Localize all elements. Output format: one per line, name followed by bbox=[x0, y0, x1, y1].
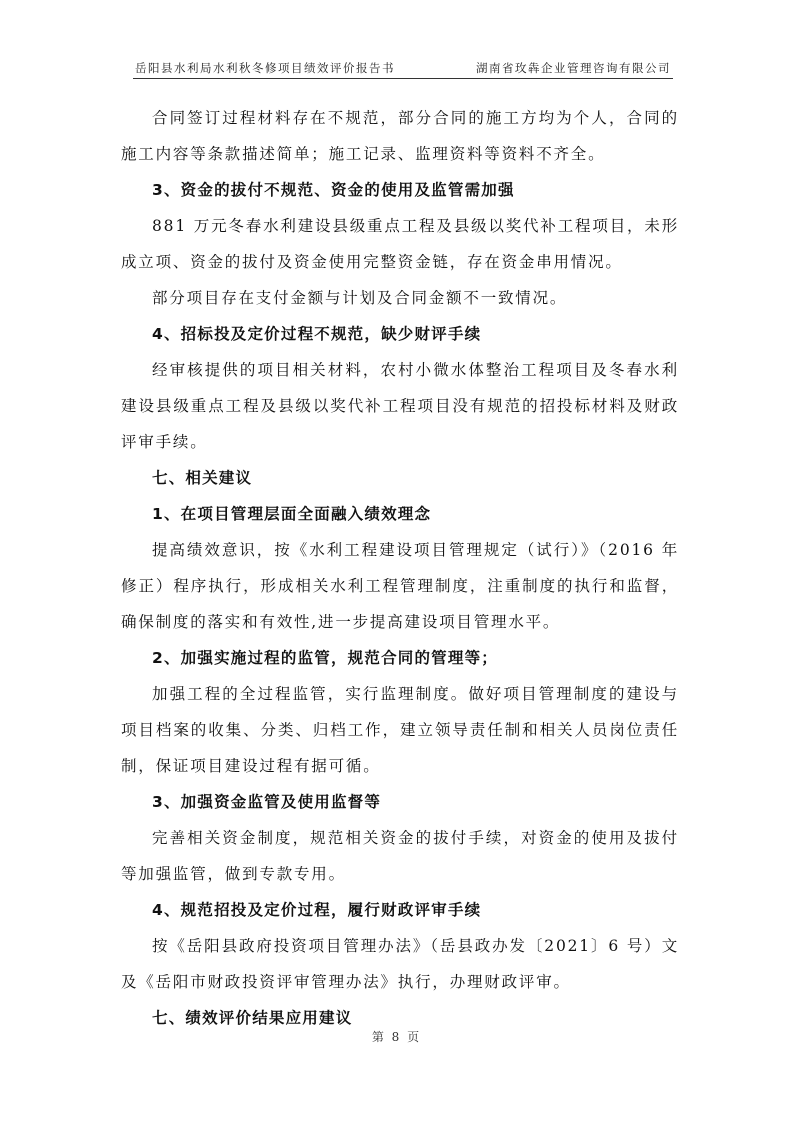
heading-bidding-review: 4、规范招投及定价过程，履行财政评审手续 bbox=[121, 892, 679, 928]
heading-performance-concept: 1、在项目管理层面全面融入绩效理念 bbox=[121, 496, 679, 532]
heading-fund-disbursement: 3、资金的拔付不规范、资金的使用及监管需加强 bbox=[121, 172, 679, 208]
section-heading-suggestions: 七、相关建议 bbox=[121, 460, 679, 496]
paragraph-payment-mismatch: 部分项目存在支付金额与计划及合同金额不一致情况。 bbox=[121, 280, 679, 316]
report-title: 岳阳县水利局水利秋冬修项目绩效评价报告书 bbox=[135, 60, 395, 76]
paragraph-review-regulations: 按《岳阳县政府投资项目管理办法》（岳县政办发〔2021〕6 号）文及《岳阳市财政… bbox=[121, 928, 679, 1000]
company-name: 湖南省玫犇企业管理咨询有限公司 bbox=[476, 60, 671, 76]
heading-supervision-contracts: 2、加强实施过程的监管，规范合同的管理等； bbox=[121, 640, 679, 676]
paragraph-process-supervision: 加强工程的全过程监管，实行监理制度。做好项目管理制度的建设与项目档案的收集、分类… bbox=[121, 676, 679, 784]
page-number: 第 8 页 bbox=[0, 1028, 793, 1045]
document-body: 合同签订过程材料存在不规范，部分合同的施工方均为个人，合同的施工内容等条款描述简… bbox=[121, 100, 679, 1036]
paragraph-bidding-materials: 经审核提供的项目相关材料，农村小微水体整治工程项目及冬春水利建设县级重点工程及县… bbox=[121, 352, 679, 460]
page-header: 岳阳县水利局水利秋冬修项目绩效评价报告书 湖南省玫犇企业管理咨询有限公司 bbox=[133, 60, 673, 79]
paragraph-contract-issues: 合同签订过程材料存在不规范，部分合同的施工方均为个人，合同的施工内容等条款描述简… bbox=[121, 100, 679, 172]
heading-bidding-irregular: 4、招标投及定价过程不规范，缺少财评手续 bbox=[121, 316, 679, 352]
paragraph-881-fund: 881 万元冬春水利建设县级重点工程及县级以奖代补工程项目，未形成立项、资金的拔… bbox=[121, 208, 679, 280]
paragraph-fund-system: 完善相关资金制度，规范相关资金的拔付手续，对资金的使用及拔付等加强监管，做到专款… bbox=[121, 820, 679, 892]
paragraph-performance-awareness: 提高绩效意识，按《水利工程建设项目管理规定（试行）》（2016 年修正）程序执行… bbox=[121, 532, 679, 640]
heading-fund-supervision: 3、加强资金监管及使用监督等 bbox=[121, 784, 679, 820]
